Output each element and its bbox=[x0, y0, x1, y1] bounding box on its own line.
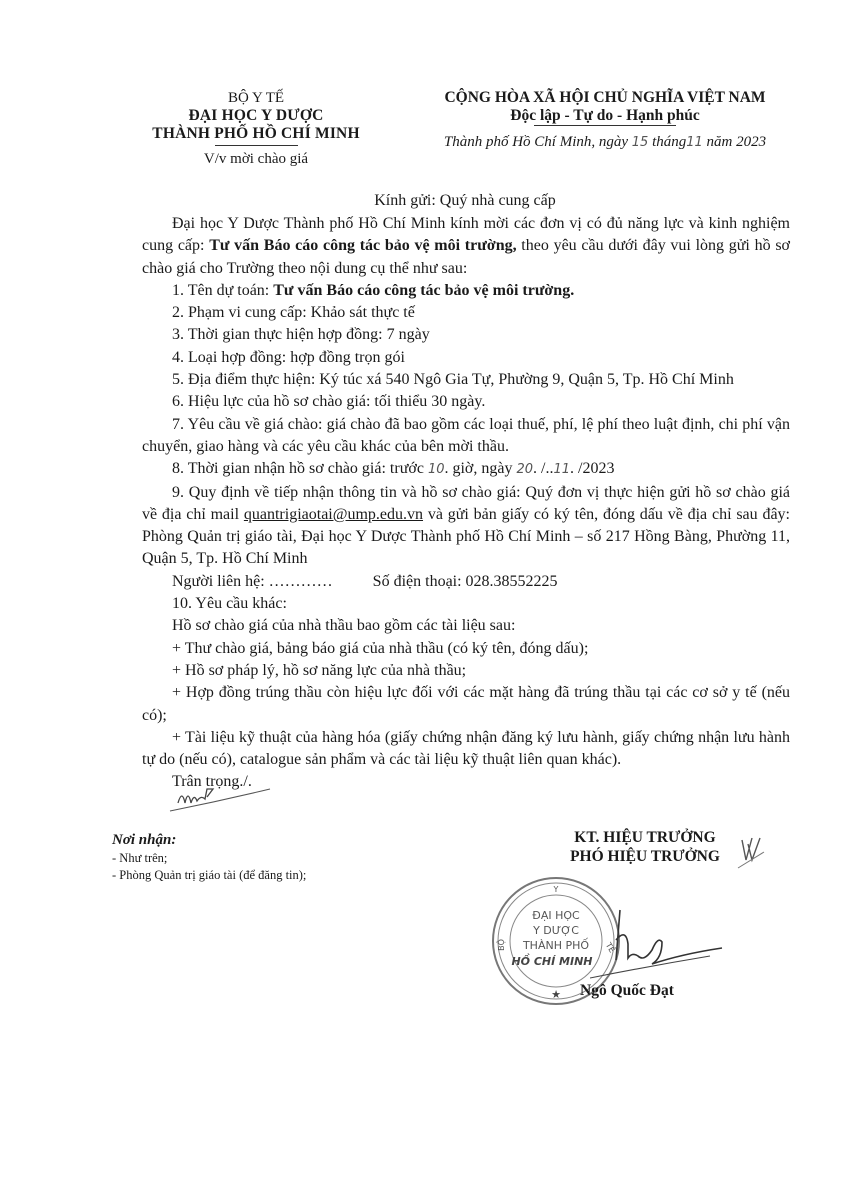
contact-row: Người liên hệ: ………… Số điện thoại: 028.3… bbox=[142, 571, 790, 593]
handwritten-day: 20 bbox=[517, 462, 534, 477]
greeting: Kính gửi: Quý nhà cung cấp bbox=[140, 189, 790, 213]
item-8-text: . giờ, ngày bbox=[444, 460, 516, 477]
contact-person: Người liên hệ: ………… bbox=[172, 573, 333, 590]
handwritten-signature-icon bbox=[590, 900, 730, 980]
letter-body: Đại học Y Dược Thành phố Hồ Chí Minh kín… bbox=[142, 213, 790, 794]
ministry-name: BỘ Y TẾ bbox=[140, 89, 372, 107]
intro-paragraph: Đại học Y Dược Thành phố Hồ Chí Minh kín… bbox=[142, 213, 790, 280]
svg-text:Y DƯỢC: Y DƯỢC bbox=[532, 924, 579, 937]
svg-text:★: ★ bbox=[551, 988, 561, 1001]
handwritten-hour: 10 bbox=[428, 462, 445, 477]
item-9: 9. Quy định về tiếp nhận thông tin và hồ… bbox=[142, 482, 790, 571]
month-label: tháng bbox=[652, 134, 686, 150]
nation-title: CỘNG HÒA XÃ HỘI CHỦ NGHĨA VIỆT NAM bbox=[420, 89, 790, 107]
national-header: CỘNG HÒA XÃ HỘI CHỦ NGHĨA VIỆT NAM Độc l… bbox=[420, 89, 790, 153]
item-4: 4. Loại hợp đồng: hợp đồng trọn gói bbox=[142, 347, 790, 369]
subject-line: V/v mời chào giá bbox=[140, 150, 372, 168]
item-10: 10. Yêu cầu khác: bbox=[142, 593, 790, 615]
divider bbox=[534, 125, 676, 126]
item-1-value: Tư vấn Báo cáo công tác bảo vệ môi trườn… bbox=[273, 282, 574, 299]
doc-item: + Tài liệu kỹ thuật của hàng hóa (giấy c… bbox=[142, 727, 790, 772]
phone-number: Số điện thoại: 028.38552225 bbox=[373, 573, 558, 590]
svg-text:ĐẠI HỌC: ĐẠI HỌC bbox=[532, 909, 580, 922]
svg-text:THÀNH PHỐ: THÀNH PHỐ bbox=[522, 938, 589, 952]
email-link[interactable]: quantrigiaotai@ump.edu.vn bbox=[244, 506, 423, 523]
item-8-sep: . /.. bbox=[533, 460, 553, 477]
item-8-year: . /2023 bbox=[570, 460, 614, 477]
item-1-label: 1. Tên dự toán: bbox=[172, 282, 273, 299]
item-7: 7. Yêu cầu về giá chào: giá chào đã bao … bbox=[142, 414, 790, 459]
item-8-label: 8. Thời gian nhận hồ sơ chào giá: trước bbox=[172, 460, 428, 477]
recipient-item: - Như trên; bbox=[112, 850, 412, 867]
handwritten-day: 15 bbox=[632, 135, 649, 150]
item-6: 6. Hiệu lực của hồ sơ chào giá: tối thiể… bbox=[142, 391, 790, 413]
handwritten-month: 11 bbox=[686, 135, 703, 150]
divider bbox=[215, 145, 298, 146]
date-prefix: Thành phố Hồ Chí Minh, ngày bbox=[444, 134, 628, 150]
signer-title-block: KT. HIỆU TRƯỞNG PHÓ HIỆU TRƯỞNG bbox=[540, 828, 750, 866]
university-name-line2: THÀNH PHỐ HỒ CHÍ MINH bbox=[140, 125, 372, 143]
item-10-intro: Hồ sơ chào giá của nhà thầu bao gồm các … bbox=[142, 615, 790, 637]
recipients-block: Nơi nhận: - Như trên; - Phòng Quản trị g… bbox=[112, 831, 412, 884]
year-label: năm 2023 bbox=[707, 134, 767, 150]
doc-item: + Hợp đồng trúng thầu còn hiệu lực đối v… bbox=[142, 682, 790, 727]
svg-text:Y: Y bbox=[553, 885, 559, 894]
issuer-block: BỘ Y TẾ ĐẠI HỌC Y DƯỢC THÀNH PHỐ HỒ CHÍ … bbox=[140, 89, 372, 168]
doc-item: + Thư chào giá, bảng báo giá của nhà thầ… bbox=[142, 638, 790, 660]
item-2: 2. Phạm vi cung cấp: Khảo sát thực tế bbox=[142, 302, 790, 324]
motto: Độc lập - Tự do - Hạnh phúc bbox=[420, 107, 790, 125]
svg-text:BỘ: BỘ bbox=[495, 939, 506, 951]
svg-text:HỒ CHÍ MINH: HỒ CHÍ MINH bbox=[511, 953, 592, 968]
signer-title-line2: PHÓ HIỆU TRƯỞNG bbox=[540, 847, 750, 866]
recipient-item: - Phòng Quản trị giáo tài (để đăng tin); bbox=[112, 867, 412, 884]
date-line: Thành phố Hồ Chí Minh, ngày 15 tháng11 n… bbox=[420, 132, 790, 153]
item-1: 1. Tên dự toán: Tư vấn Báo cáo công tác … bbox=[142, 280, 790, 302]
item-3: 3. Thời gian thực hiện hợp đồng: 7 ngày bbox=[142, 324, 790, 346]
item-8: 8. Thời gian nhận hồ sơ chào giá: trước … bbox=[142, 458, 790, 481]
signer-name: Ngô Quốc Đạt bbox=[580, 982, 750, 1000]
handwritten-month: 11 bbox=[554, 462, 571, 477]
initial-mark-icon bbox=[736, 834, 766, 870]
intro-bold: Tư vấn Báo cáo công tác bảo vệ môi trườn… bbox=[209, 237, 516, 254]
initial-signature-icon bbox=[160, 783, 280, 813]
doc-item: + Hồ sơ pháp lý, hồ sơ năng lực của nhà … bbox=[142, 660, 790, 682]
university-name-line1: ĐẠI HỌC Y DƯỢC bbox=[140, 107, 372, 125]
signer-title-line1: KT. HIỆU TRƯỞNG bbox=[540, 828, 750, 847]
item-5: 5. Địa điểm thực hiện: Ký túc xá 540 Ngô… bbox=[142, 369, 790, 391]
recipients-title: Nơi nhận: bbox=[112, 831, 412, 850]
